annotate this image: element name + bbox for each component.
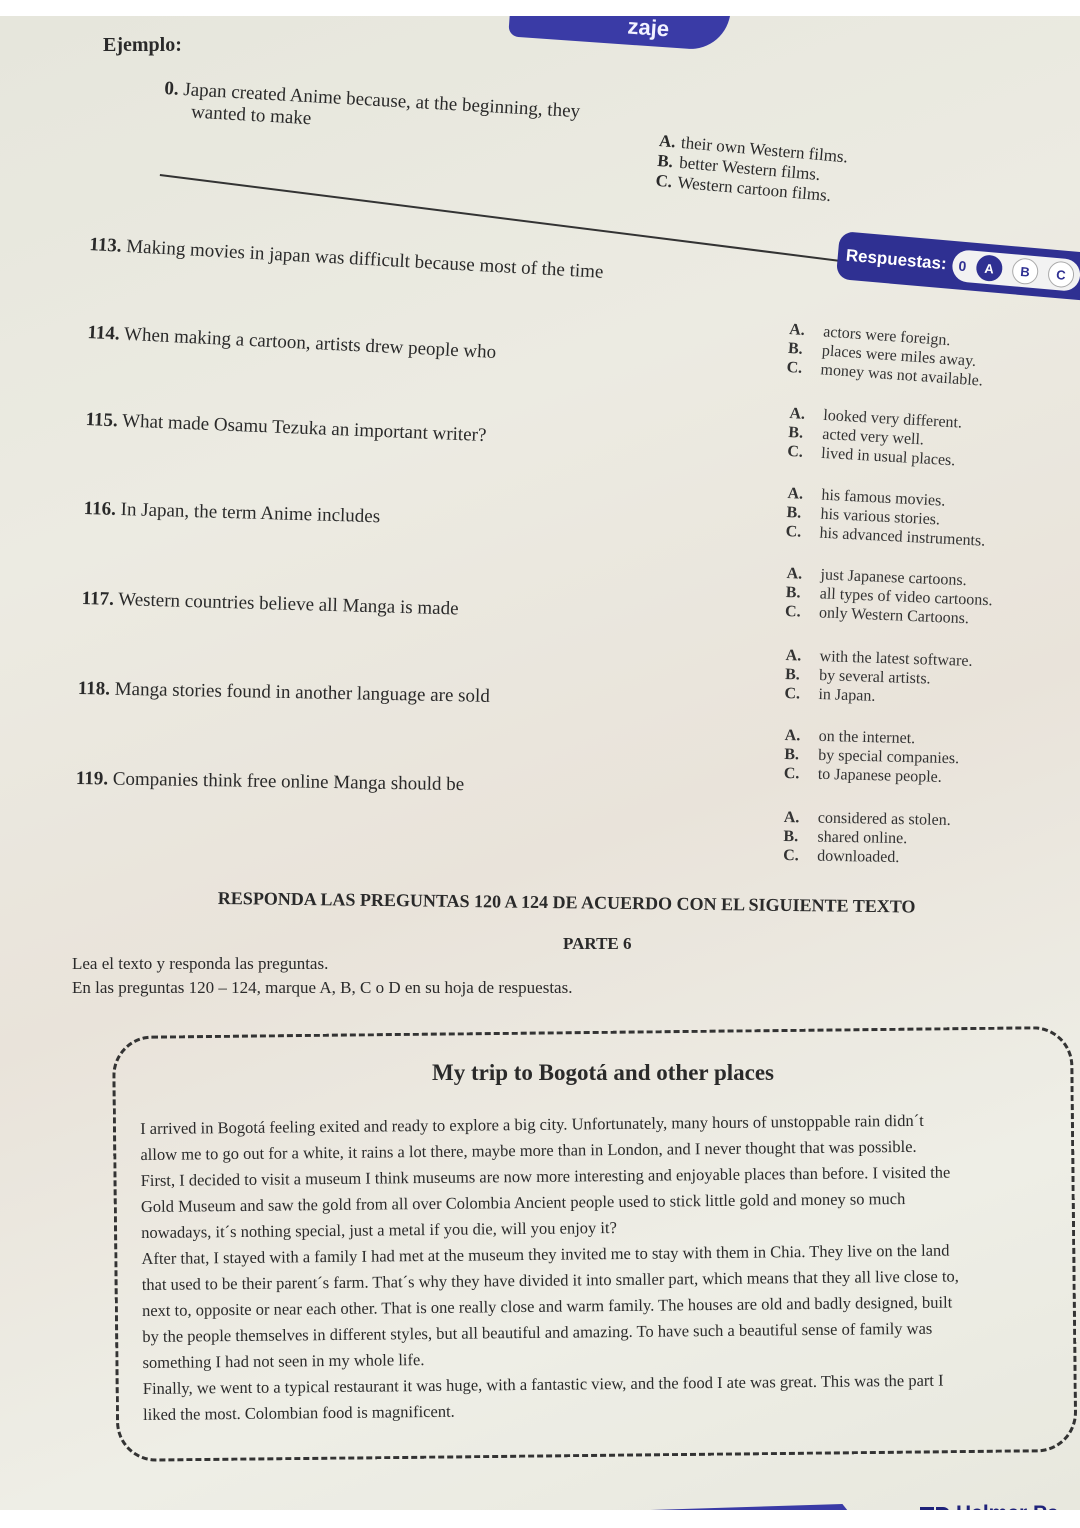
brand-logo-icon (920, 1507, 950, 1510)
brand-name: Helmer Pa (956, 1502, 1059, 1510)
question-115: 115. What made Osamu Tezuka an important… (85, 409, 487, 447)
top-banner: zaje (508, 16, 732, 52)
question-116: 116. In Japan, the term Anime includes (83, 498, 380, 528)
answer-bubble-b[interactable]: B (1011, 257, 1039, 285)
section-heading: RESPONDA LAS PREGUNTAS 120 A 124 DE ACUE… (218, 888, 916, 918)
answers-label: Respuestas: (845, 246, 947, 275)
option-c: C.to Japanese people. (784, 764, 959, 787)
answer-bubble-a[interactable]: A (975, 254, 1003, 282)
options-117: A.with the latest software. B.by several… (784, 646, 973, 709)
example-options: A.their own Western films. B.better West… (655, 131, 849, 207)
question-113: 113. Making movies in japan was difficul… (89, 234, 604, 284)
exam-page: zaje Ejemplo: 0. Japan created Anime bec… (0, 16, 1080, 1510)
reading-title: My trip to Bogotá and other places (432, 1060, 774, 1086)
example-label: Ejemplo: (103, 34, 182, 57)
instruction-line-2: En las preguntas 120 – 124, marque A, B,… (72, 978, 572, 998)
question-number: 0. (164, 78, 179, 100)
options-116: A.just Japanese cartoons. B.all types of… (785, 564, 994, 629)
options-118: A.on the internet. B.by special companie… (784, 726, 960, 787)
options-115: A.his famous movies. B.his various stori… (785, 484, 987, 551)
reading-text: I arrived in Bogotá feeling exited and r… (140, 1106, 1053, 1428)
question-118: 118. Manga stories found in another lang… (78, 678, 490, 708)
footer-brand: Helmer Pa (920, 1502, 1059, 1510)
options-114: A.looked very different. B.acted very we… (787, 404, 963, 471)
instruction-line-1: Lea el texto y responda las preguntas. (72, 954, 328, 974)
answer-bubble-c[interactable]: C (1047, 260, 1075, 288)
option-c: C.downloaded. (783, 846, 950, 868)
example-question: 0. Japan created Anime because, at the b… (163, 78, 605, 146)
part-label: PARTE 6 (563, 934, 632, 954)
answer-bubbles: 0 A B C (951, 249, 1080, 292)
question-117: 117. Western countries believe all Manga… (81, 588, 458, 621)
question-119: 119. Companies think free online Manga s… (76, 768, 465, 796)
answer-number: 0 (958, 257, 967, 274)
answers-badge: Respuestas: 0 A B C (836, 231, 1080, 301)
options-119: A.considered as stolen. B.shared online.… (783, 808, 951, 868)
options-113: A.actors were foreign. B.places were mil… (786, 320, 986, 391)
question-114: 114. When making a cartoon, artists drew… (87, 322, 497, 364)
footer-band (420, 1504, 860, 1510)
